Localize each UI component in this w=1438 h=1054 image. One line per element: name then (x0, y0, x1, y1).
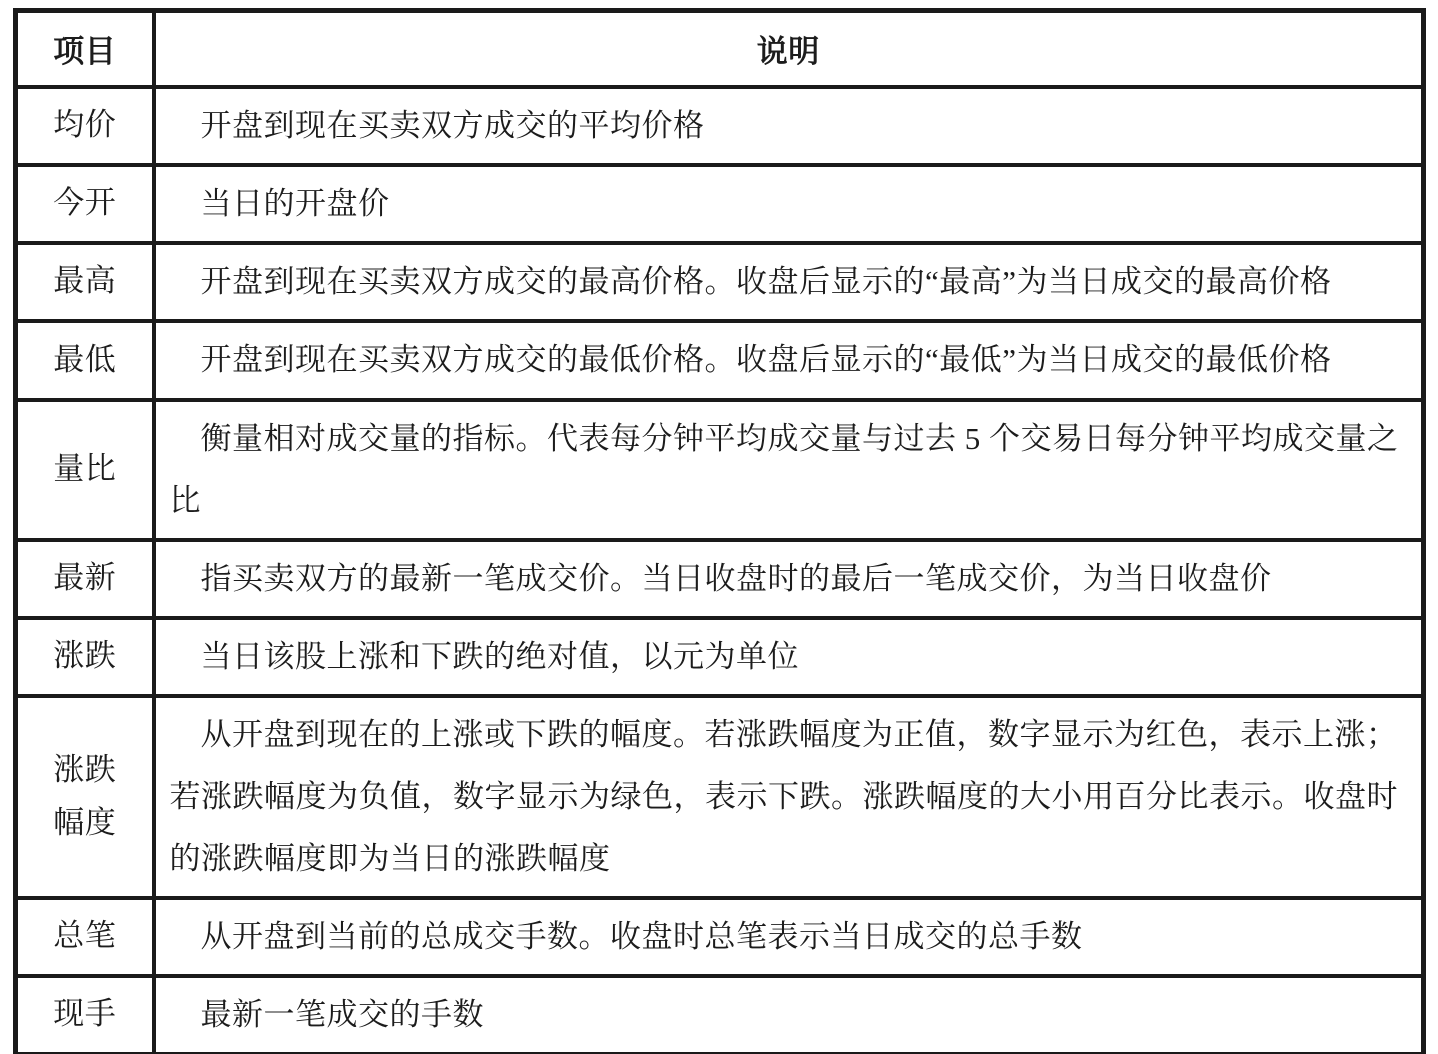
description-cell: 最新一笔成交的手数 (154, 976, 1424, 1054)
term-cell: 均价 (16, 87, 154, 165)
description-text: 当日的开盘价 (170, 173, 1406, 235)
description-text: 最新一笔成交的手数 (170, 984, 1406, 1046)
description-text: 开盘到现在买卖双方成交的最高价格。收盘后显示的“最高”为当日成交的最高价格 (170, 251, 1406, 313)
description-cell: 从开盘到当前的总成交手数。收盘时总笔表示当日成交的总手数 (154, 898, 1424, 976)
table-row: 最低 开盘到现在买卖双方成交的最低价格。收盘后显示的“最低”为当日成交的最低价格 (16, 321, 1424, 400)
stock-terms-table: 项目 说明 均价 开盘到现在买卖双方成交的平均价格 今开 当日的开盘价 最高 开… (13, 8, 1426, 1054)
description-text: 指买卖双方的最新一笔成交价。当日收盘时的最后一笔成交价，为当日收盘价 (170, 548, 1406, 610)
description-text: 开盘到现在买卖双方成交的平均价格 (170, 95, 1406, 157)
description-cell: 衡量相对成交量的指标。代表每分钟平均成交量与过去 5 个交易日每分钟平均成交量之… (154, 400, 1424, 540)
description-text: 从开盘到当前的总成交手数。收盘时总笔表示当日成交的总手数 (170, 906, 1406, 968)
description-text: 从开盘到现在的上涨或下跌的幅度。若涨跌幅度为正值，数字显示为红色，表示上涨；若涨… (170, 704, 1406, 890)
term-cell: 量比 (16, 400, 154, 540)
term-label: 涨跌幅度 (52, 744, 117, 849)
description-text: 开盘到现在买卖双方成交的最低价格。收盘后显示的“最低”为当日成交的最低价格 (170, 329, 1406, 391)
table-row: 今开 当日的开盘价 (16, 165, 1424, 243)
term-label: 今开 (53, 185, 116, 220)
column-header-description: 说明 (154, 11, 1424, 87)
table-row: 涨跌 当日该股上涨和下跌的绝对值，以元为单位 (16, 618, 1424, 696)
table-row: 最新 指买卖双方的最新一笔成交价。当日收盘时的最后一笔成交价，为当日收盘价 (16, 540, 1424, 618)
description-cell: 当日该股上涨和下跌的绝对值，以元为单位 (154, 618, 1424, 696)
table-row: 量比 衡量相对成交量的指标。代表每分钟平均成交量与过去 5 个交易日每分钟平均成… (16, 400, 1424, 540)
term-cell: 现手 (16, 976, 154, 1054)
term-label: 最高 (53, 263, 116, 298)
description-cell: 开盘到现在买卖双方成交的平均价格 (154, 87, 1424, 165)
description-cell: 从开盘到现在的上涨或下跌的幅度。若涨跌幅度为正值，数字显示为红色，表示上涨；若涨… (154, 696, 1424, 898)
document-page: 项目 说明 均价 开盘到现在买卖双方成交的平均价格 今开 当日的开盘价 最高 开… (0, 0, 1438, 1054)
term-label: 现手 (53, 996, 116, 1031)
description-cell: 开盘到现在买卖双方成交的最低价格。收盘后显示的“最低”为当日成交的最低价格 (154, 321, 1424, 400)
description-cell: 开盘到现在买卖双方成交的最高价格。收盘后显示的“最高”为当日成交的最高价格 (154, 243, 1424, 321)
column-header-item: 项目 (16, 11, 154, 87)
term-cell: 涨跌幅度 (16, 696, 154, 898)
term-label: 量比 (53, 451, 116, 486)
table-row: 最高 开盘到现在买卖双方成交的最高价格。收盘后显示的“最高”为当日成交的最高价格 (16, 243, 1424, 321)
term-cell: 最低 (16, 321, 154, 400)
term-cell: 今开 (16, 165, 154, 243)
description-text: 衡量相对成交量的指标。代表每分钟平均成交量与过去 5 个交易日每分钟平均成交量之… (170, 408, 1406, 532)
description-cell: 指买卖双方的最新一笔成交价。当日收盘时的最后一笔成交价，为当日收盘价 (154, 540, 1424, 618)
term-label: 均价 (53, 107, 116, 142)
term-label: 最低 (53, 342, 116, 377)
term-cell: 总笔 (16, 898, 154, 976)
table-header-row: 项目 说明 (16, 11, 1424, 87)
term-cell: 最新 (16, 540, 154, 618)
table-row: 现手 最新一笔成交的手数 (16, 976, 1424, 1054)
table-row: 涨跌幅度 从开盘到现在的上涨或下跌的幅度。若涨跌幅度为正值，数字显示为红色，表示… (16, 696, 1424, 898)
term-cell: 涨跌 (16, 618, 154, 696)
term-cell: 最高 (16, 243, 154, 321)
term-label: 最新 (53, 560, 116, 595)
term-label: 总笔 (53, 918, 116, 953)
table-row: 总笔 从开盘到当前的总成交手数。收盘时总笔表示当日成交的总手数 (16, 898, 1424, 976)
description-cell: 当日的开盘价 (154, 165, 1424, 243)
description-text: 当日该股上涨和下跌的绝对值，以元为单位 (170, 626, 1406, 688)
table-row: 均价 开盘到现在买卖双方成交的平均价格 (16, 87, 1424, 165)
term-label: 涨跌 (53, 638, 116, 673)
